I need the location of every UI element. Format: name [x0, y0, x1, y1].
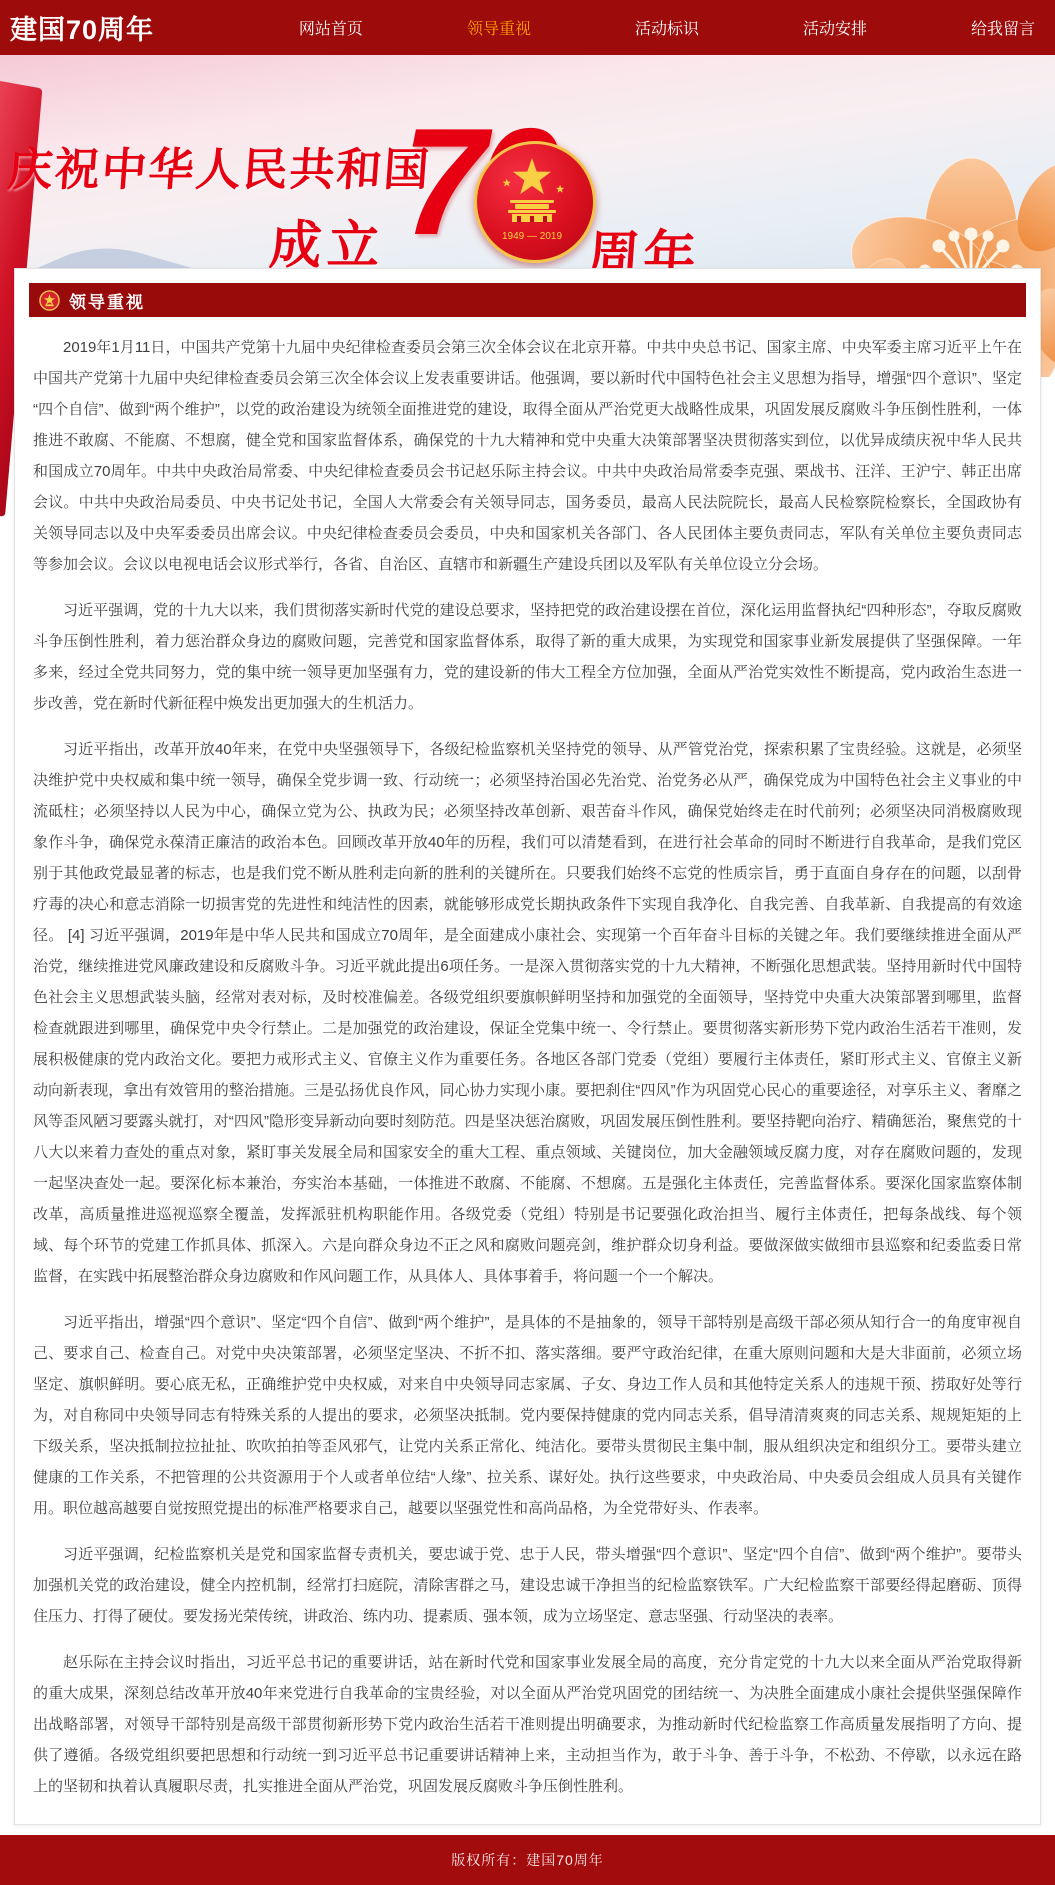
copyright-text: 版权所有：建国70周年 — [451, 1850, 604, 1870]
content-card: 领导重视 2019年1月11日，中国共产党第十九届中央纪律检查委员会第三次全体会… — [14, 268, 1041, 1825]
article-paragraph: 习近平指出，改革开放40年来，在党中央坚强领导下，各级纪检监察机关坚持党的领导、… — [33, 734, 1022, 1292]
nav-item-leadership[interactable]: 领导重视 — [467, 16, 531, 39]
emblem-graphic: 1949 — 2019 — [477, 144, 587, 254]
emblem-years-label: 1949 — 2019 — [502, 231, 562, 242]
article-paragraph: 2019年1月11日，中国共产党第十九届中央纪律检查委员会第三次全体会议在北京开… — [33, 332, 1022, 580]
article-paragraph: 习近平强调，纪检监察机关是党和国家监督专责机关，要忠诚于党、忠于人民，带头增强“… — [33, 1539, 1022, 1632]
nav-item-activity-logo[interactable]: 活动标识 — [635, 16, 699, 39]
site-logo: 建国70周年 — [10, 8, 154, 47]
article-paragraph: 习近平指出，增强“四个意识”、坚定“四个自信”、做到“两个维护”，是具体的不是抽… — [33, 1307, 1022, 1524]
nav-links: 网站首页 领导重视 活动标识 活动安排 给我留言 — [299, 16, 1055, 39]
nav-item-message-board[interactable]: 给我留言 — [971, 16, 1035, 39]
article-body: 2019年1月11日，中国共产党第十九届中央纪律检查委员会第三次全体会议在北京开… — [29, 332, 1026, 1802]
footer-bar: 版权所有：建国70周年 — [0, 1835, 1055, 1885]
national-emblem-icon — [39, 290, 60, 311]
nav-item-home[interactable]: 网站首页 — [299, 16, 363, 39]
section-title: 领导重视 — [69, 288, 145, 313]
banner-slogan-line1: 庆祝中华人民共和国 — [6, 133, 434, 198]
banner-slogan-line2: 成立 — [267, 203, 388, 278]
article-paragraph: 赵乐际在主持会议时指出，习近平总书记的重要讲话，站在新时代党和国家事业发展全局的… — [33, 1647, 1022, 1802]
nav-item-activity-schedule[interactable]: 活动安排 — [803, 16, 867, 39]
article-paragraph: 习近平强调，党的十九大以来，我们贯彻落实新时代党的建设总要求，坚持把党的政治建设… — [33, 595, 1022, 719]
anniversary-emblem: 1949 — 2019 — [474, 141, 596, 263]
hero-banner: 庆祝中华人民共和国 成立 70 周年 1949 — 2019 — [0, 55, 1055, 300]
top-navigation-bar: 建国70周年 网站首页 领导重视 活动标识 活动安排 给我留言 — [0, 0, 1055, 55]
tiananmen-icon — [508, 200, 556, 222]
section-header: 领导重视 — [29, 283, 1026, 317]
